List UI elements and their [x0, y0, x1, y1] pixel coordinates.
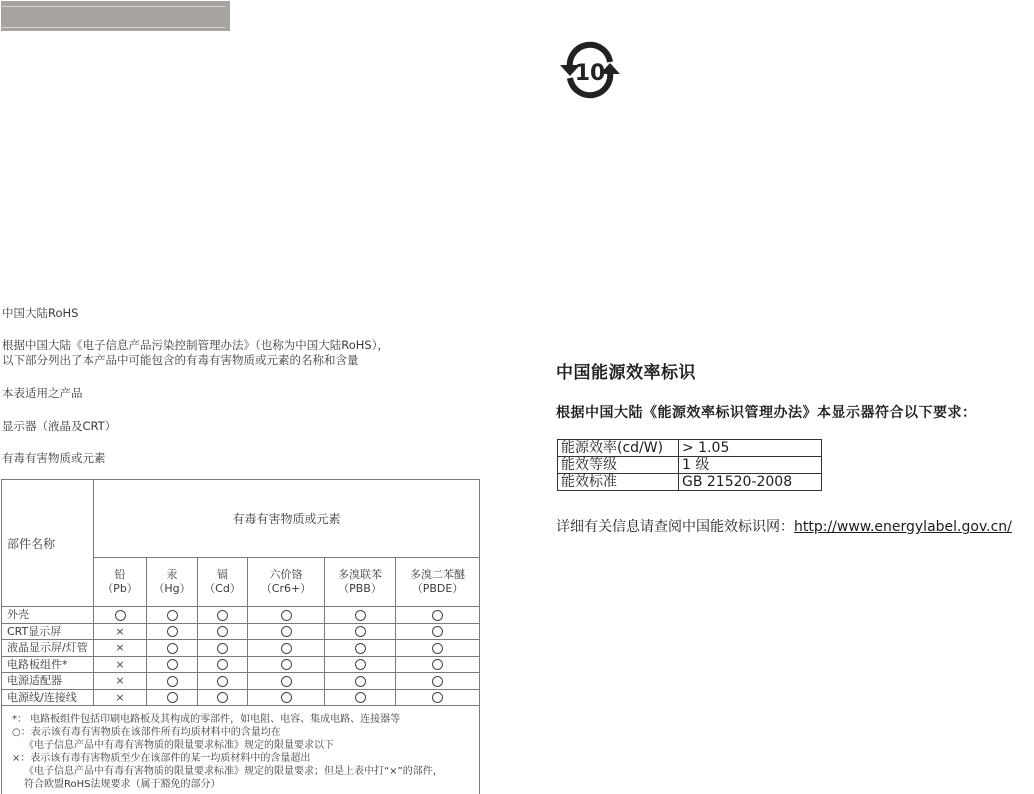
energy-efficiency-table: 能源效率(cd/W)> 1.05能效等级1 级能效标准GB 21520-2008 — [557, 439, 822, 491]
energy-label: 能效标准 — [558, 474, 679, 491]
circle-icon — [167, 676, 178, 687]
circle-icon — [167, 626, 178, 637]
energy-label: 能效等级 — [558, 457, 679, 474]
energy-value: GB 21520-2008 — [679, 474, 822, 491]
circle-icon — [217, 676, 228, 687]
compliant-circle-icon — [325, 623, 396, 640]
circle-icon — [432, 610, 443, 621]
circle-icon — [355, 626, 366, 637]
compliant-circle-icon — [147, 656, 198, 673]
circle-icon — [167, 610, 178, 621]
substance-column-header: 铅（Pb） — [94, 558, 147, 607]
note-line: ○：表示该有毒有害物质在该部件所有均质材料中的含量均在 — [12, 726, 469, 739]
circle-icon — [217, 692, 228, 703]
compliant-circle-icon — [198, 656, 248, 673]
compliant-circle-icon — [248, 673, 325, 690]
energy-value: 1 级 — [679, 457, 822, 474]
substance-name: 汞 — [147, 568, 197, 582]
compliant-circle-icon — [147, 689, 198, 706]
circle-icon — [432, 692, 443, 703]
exceeds-cross-icon: × — [94, 640, 147, 657]
circle-icon — [432, 626, 443, 637]
compliant-circle-icon — [198, 673, 248, 690]
product-label: 显示器（液晶及CRT） — [2, 419, 116, 433]
circle-icon — [432, 659, 443, 670]
applies-label: 本表适用之产品 — [2, 386, 83, 400]
compliant-circle-icon — [325, 689, 396, 706]
substance-symbol: （Hg） — [147, 582, 197, 596]
circle-icon — [281, 659, 292, 670]
energy-label: 能源效率(cd/W) — [558, 440, 679, 457]
circle-icon — [217, 610, 228, 621]
energy-row: 能源效率(cd/W)> 1.05 — [558, 440, 822, 457]
substance-symbol: （Cd） — [198, 582, 247, 596]
part-name: 电路板组件* — [2, 656, 94, 673]
part-name: 液晶显示屏/灯管 — [2, 640, 94, 657]
compliant-circle-icon — [396, 689, 480, 706]
part-name: 外壳 — [2, 607, 94, 624]
circle-icon — [167, 659, 178, 670]
compliant-circle-icon — [396, 623, 480, 640]
energy-row: 能效标准GB 21520-2008 — [558, 474, 822, 491]
substances-label: 有毒有害物质或元素 — [2, 451, 106, 465]
circle-icon — [355, 692, 366, 703]
compliant-circle-icon — [396, 640, 480, 657]
compliant-circle-icon — [147, 640, 198, 657]
note-line: 符合欧盟RoHS法规要求（属于豁免的部分） — [12, 778, 469, 791]
part-name-header: 部件名称 — [2, 480, 94, 607]
section-header-bar — [1, 1, 230, 31]
rohs-intro-line2: 以下部分列出了本产品中可能包含的有毒有害物质或元素的名称和含量 — [2, 353, 359, 367]
part-name: CRT显示屏 — [2, 623, 94, 640]
compliant-circle-icon — [248, 640, 325, 657]
circle-icon — [281, 626, 292, 637]
header-rule — [2, 6, 225, 7]
energy-label-title: 中国能源效率标识 — [556, 358, 696, 383]
cross-icon: × — [115, 674, 124, 687]
substance-column-header: 多溴联苯（PBB） — [325, 558, 396, 607]
compliant-circle-icon — [396, 673, 480, 690]
substance-group-header: 有毒有害物质或元素 — [94, 480, 480, 558]
cross-icon: × — [115, 641, 124, 654]
compliant-circle-icon — [325, 656, 396, 673]
circle-icon — [355, 610, 366, 621]
table-row: CRT显示屏× — [2, 623, 480, 640]
svg-text:10: 10 — [575, 61, 606, 86]
circle-icon — [281, 676, 292, 687]
compliant-circle-icon — [147, 607, 198, 624]
table-row: 电路板组件*× — [2, 656, 480, 673]
table-row: 液晶显示屏/灯管× — [2, 640, 480, 657]
rohs-heading: 中国大陆RoHS — [2, 306, 78, 320]
compliant-circle-icon — [147, 623, 198, 640]
cross-icon: × — [115, 658, 124, 671]
compliant-circle-icon — [248, 656, 325, 673]
circle-icon — [217, 626, 228, 637]
circle-icon — [167, 643, 178, 654]
exceeds-cross-icon: × — [94, 689, 147, 706]
circle-icon — [355, 676, 366, 687]
exceeds-cross-icon: × — [94, 656, 147, 673]
compliant-circle-icon — [248, 623, 325, 640]
note-line: ×：表示该有毒有害物质至少在该部件的某一均质材料中的含量超出 — [12, 752, 469, 765]
compliant-circle-icon — [248, 607, 325, 624]
compliant-circle-icon — [198, 607, 248, 624]
cross-icon: × — [115, 625, 124, 638]
note-line: 《电子信息产品中有毒有害物质的限量要求标准》规定的限量要求以下 — [12, 739, 469, 752]
substance-name: 铅 — [94, 568, 146, 582]
substance-name: 多溴联苯 — [325, 568, 395, 582]
substance-column-header: 汞（Hg） — [147, 558, 198, 607]
substance-symbol: （PBB） — [325, 582, 395, 596]
table-row: 外壳 — [2, 607, 480, 624]
table-notes: *： 电路板组件包括印刷电路板及其构成的零部件，如电阻、电容、集成电路、连接器等… — [2, 706, 480, 794]
energy-value: > 1.05 — [679, 440, 822, 457]
compliant-circle-icon — [325, 673, 396, 690]
circle-icon — [217, 643, 228, 654]
circle-icon — [115, 610, 126, 621]
circle-icon — [281, 610, 292, 621]
compliant-circle-icon — [248, 689, 325, 706]
substance-column-header: 镉（Cd） — [198, 558, 248, 607]
rohs-table: 部件名称 有毒有害物质或元素 铅（Pb）汞（Hg）镉（Cd）六价铬（Cr6+）多… — [1, 479, 480, 794]
cross-icon: × — [115, 691, 124, 704]
compliant-circle-icon — [325, 607, 396, 624]
compliant-circle-icon — [396, 607, 480, 624]
substance-column-header: 六价铬（Cr6+） — [248, 558, 325, 607]
energy-row: 能效等级1 级 — [558, 457, 822, 474]
substance-symbol: （Pb） — [94, 582, 146, 596]
rohs-intro-line1: 根据中国大陆《电子信息产品污染控制管理办法》（也称为中国大陆RoHS）， — [2, 338, 389, 352]
more-info-label: 详细有关信息请查阅中国能效标识网： — [556, 519, 794, 535]
energylabel-link[interactable]: http://www.energylabel.gov.cn/ — [794, 519, 1012, 535]
compliant-circle-icon — [198, 640, 248, 657]
exceeds-cross-icon: × — [94, 623, 147, 640]
substance-symbol: （PBDE） — [396, 582, 479, 596]
note-line: *： 电路板组件包括印刷电路板及其构成的零部件，如电阻、电容、集成电路、连接器等 — [12, 713, 469, 726]
circle-icon — [281, 643, 292, 654]
circle-icon — [355, 643, 366, 654]
circle-icon — [281, 692, 292, 703]
circle-icon — [432, 676, 443, 687]
note-line: 《电子信息产品中有毒有害物质的限量要求标准》规定的限量要求；但是上表中打“×”的… — [12, 765, 469, 778]
compliant-circle-icon — [396, 656, 480, 673]
epup-10-year-icon: 10 — [556, 38, 624, 102]
substance-name: 六价铬 — [248, 568, 324, 582]
compliant-circle-icon — [94, 607, 147, 624]
energy-label-subtitle: 根据中国大陆《能源效率标识管理办法》本显示器符合以下要求： — [556, 402, 977, 422]
substance-symbol: （Cr6+） — [248, 582, 324, 596]
header-rule — [2, 27, 225, 28]
part-name: 电源适配器 — [2, 673, 94, 690]
part-name: 电源线/连接线 — [2, 689, 94, 706]
substance-name: 多溴二苯醚 — [396, 568, 479, 582]
substance-name: 镉 — [198, 568, 247, 582]
compliant-circle-icon — [147, 673, 198, 690]
compliant-circle-icon — [198, 689, 248, 706]
compliant-circle-icon — [198, 623, 248, 640]
circle-icon — [355, 659, 366, 670]
compliant-circle-icon — [325, 640, 396, 657]
circle-icon — [217, 659, 228, 670]
table-row: 电源适配器× — [2, 673, 480, 690]
circle-icon — [432, 643, 443, 654]
table-row: 电源线/连接线× — [2, 689, 480, 706]
circle-icon — [167, 692, 178, 703]
substance-column-header: 多溴二苯醚（PBDE） — [396, 558, 480, 607]
exceeds-cross-icon: × — [94, 673, 147, 690]
more-info-line: 详细有关信息请查阅中国能效标识网：http://www.energylabel.… — [556, 516, 1012, 536]
